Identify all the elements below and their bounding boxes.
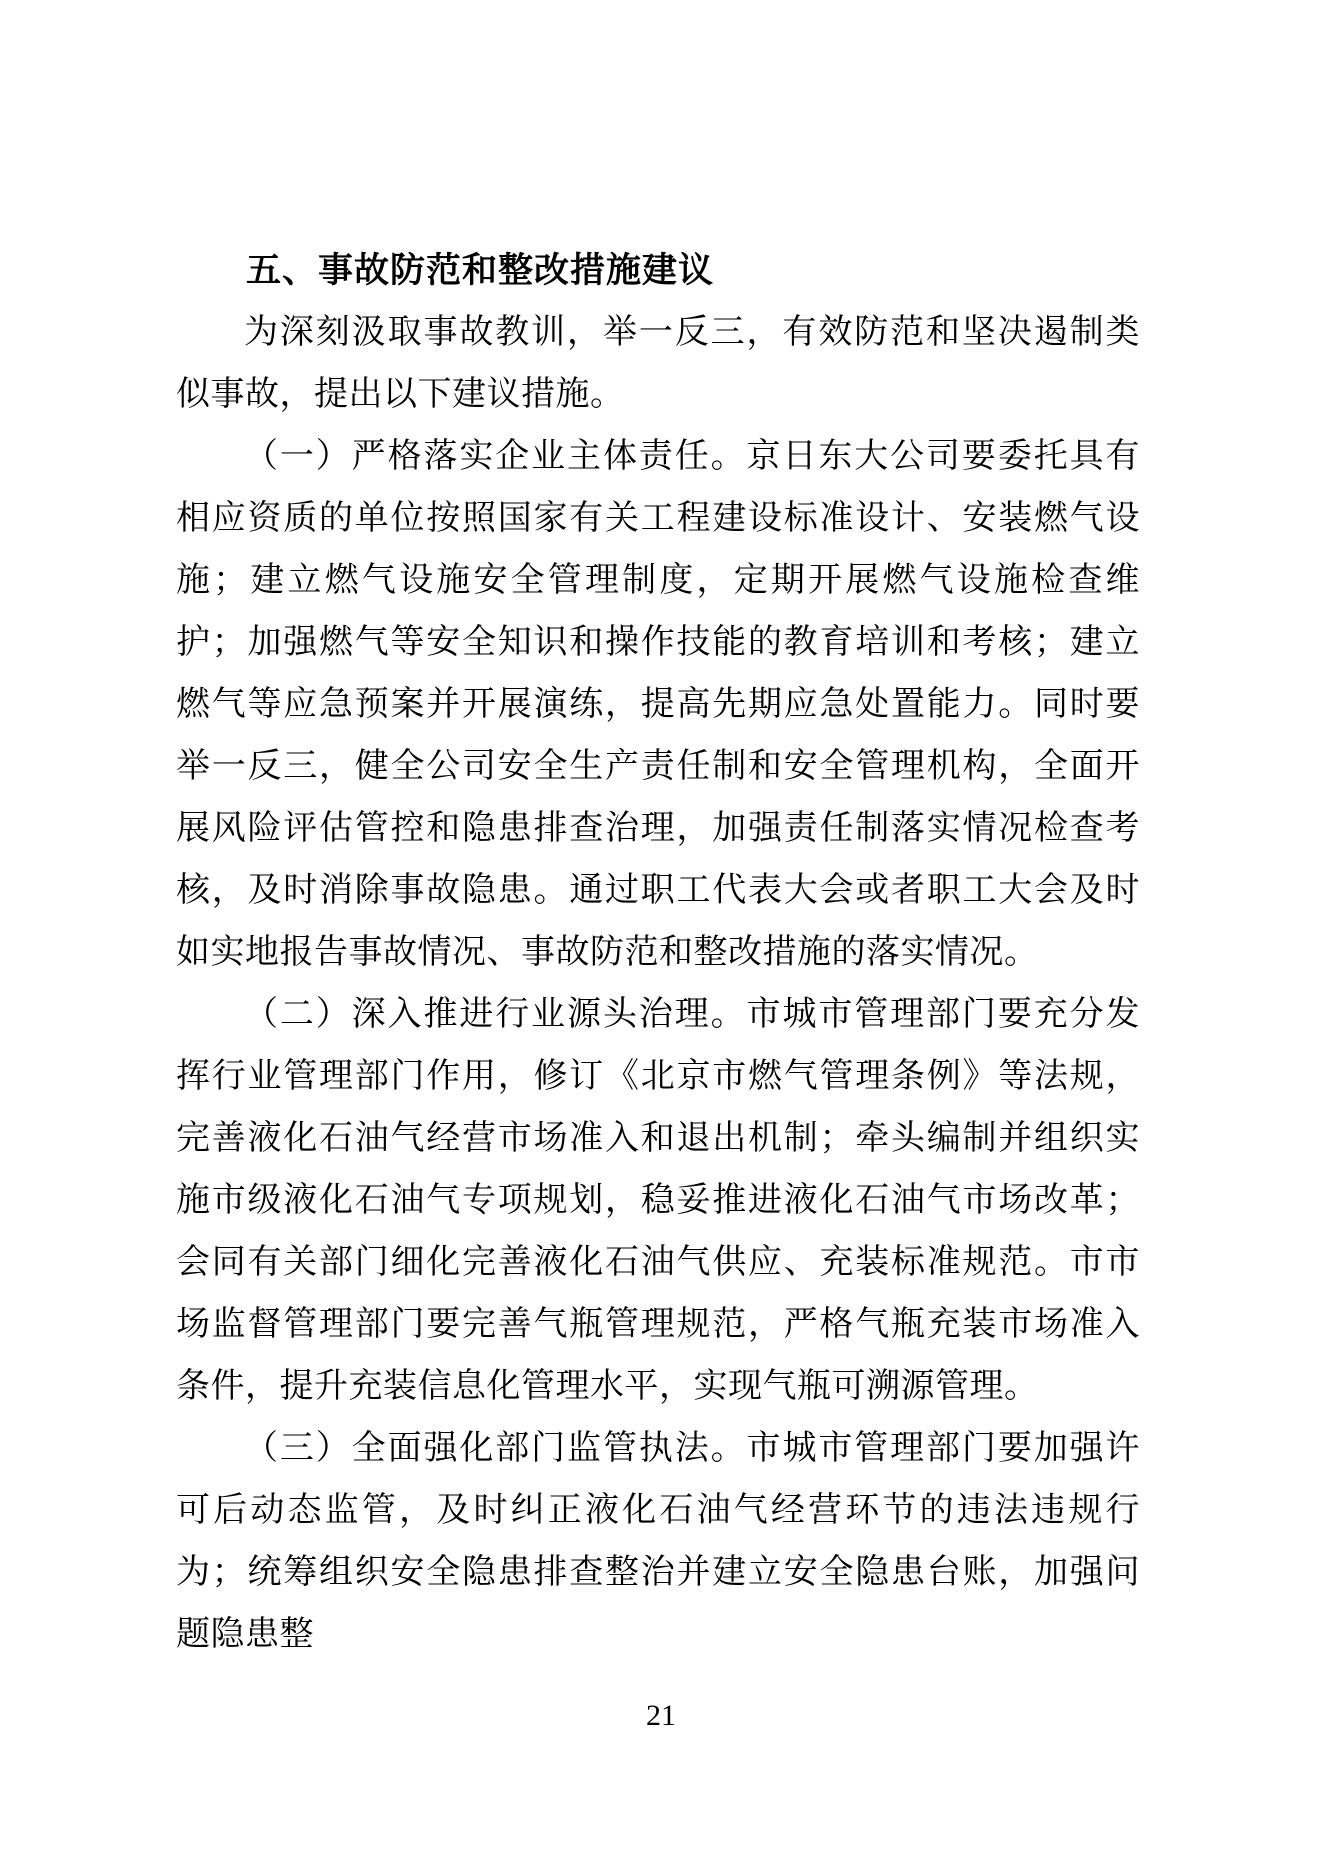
paragraph-item-2: （二）深入推进行业源头治理。市城市管理部门要充分发挥行业管理部门作用，修订《北京… <box>176 984 1140 1418</box>
document-page: 五、事故防范和整改措施建议 为深刻汲取事故教训，举一反三，有效防范和坚决遏制类似… <box>0 0 1322 1870</box>
document-body: 五、事故防范和整改措施建议 为深刻汲取事故教训，举一反三，有效防范和坚决遏制类似… <box>176 240 1140 1666</box>
item-1-lead-in: （一）严格落实企业主体责任。 <box>244 438 747 475</box>
section-heading: 五、事故防范和整改措施建议 <box>176 240 1140 302</box>
item-1-text: 京日东大公司要委托具有相应资质的单位按照国家有关工程建设标准设计、安装燃气设施；… <box>176 438 1140 971</box>
item-2-text: 市城市管理部门要充分发挥行业管理部门作用，修订《北京市燃气管理条例》等法规，完善… <box>176 996 1140 1405</box>
paragraph-item-3: （三）全面强化部门监管执法。市城市管理部门要加强许可后动态监管，及时纠正液化石油… <box>176 1418 1140 1666</box>
paragraph-item-1: （一）严格落实企业主体责任。京日东大公司要委托具有相应资质的单位按照国家有关工程… <box>176 426 1140 984</box>
page-number: 21 <box>0 1698 1322 1734</box>
item-2-lead-in: （二）深入推进行业源头治理。 <box>244 996 747 1033</box>
item-3-lead-in: （三）全面强化部门监管执法。 <box>244 1430 747 1467</box>
paragraph-intro: 为深刻汲取事故教训，举一反三，有效防范和坚决遏制类似事故，提出以下建议措施。 <box>176 302 1140 426</box>
